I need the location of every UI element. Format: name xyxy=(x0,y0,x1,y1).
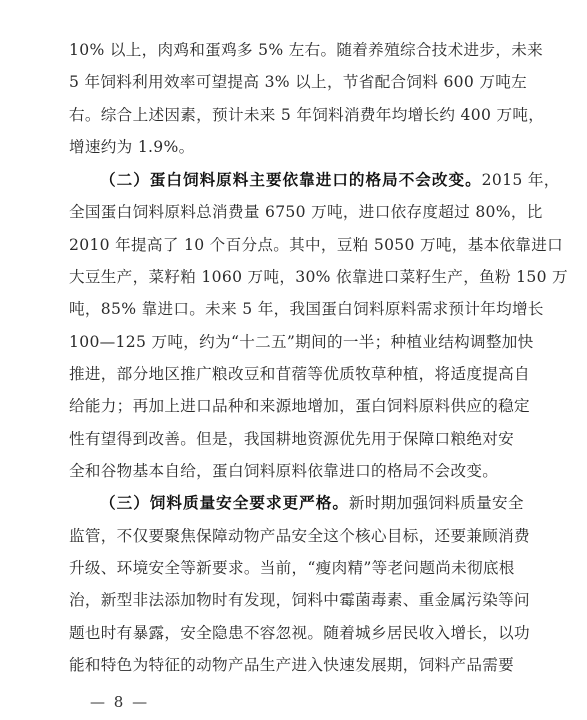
paragraph-line: 给能力；再加上进口品种和来源地增加，蛋白饲料原料供应的稳定 xyxy=(69,395,508,417)
paragraph-line: 全国蛋白饲料原料总消费量 6750 万吨，进口依存度超过 80%，比 xyxy=(69,201,508,223)
paragraph-line: 右。综合上述因素，预计未来 5 年饲料消费年均增长约 400 万吨， xyxy=(69,104,508,126)
paragraph-line: 吨，85% 靠进口。未来 5 年，我国蛋白饲料原料需求预计年均增长 xyxy=(69,298,508,320)
paragraph-line: 100—125 万吨，约为“十二五”期间的一半；种植业结构调整加快 xyxy=(69,331,508,353)
paragraph-text: 新时期加强饲料质量安全 xyxy=(349,494,524,512)
paragraph-line: 大豆生产，菜籽粕 1060 万吨，30% 依靠进口菜籽生产，鱼粉 150 万 xyxy=(69,266,508,288)
section-heading-3: （三）饲料质量安全要求更严格。 xyxy=(100,494,349,512)
page-number: — 8 — xyxy=(90,693,149,711)
paragraph-text: 2015 年， xyxy=(482,171,560,189)
paragraph-line: 题也时有暴露，安全隐患不容忽视。随着城乡居民收入增长，以功 xyxy=(69,622,508,644)
paragraph-line: 5 年饲料利用效率可望提高 3% 以上，节省配合饲料 600 万吨左 xyxy=(69,71,508,93)
paragraph-line: 2010 年提高了 10 个百分点。其中，豆粕 5050 万吨，基本依靠进口 xyxy=(69,234,508,256)
paragraph-line: 10% 以上，肉鸡和蛋鸡多 5% 左右。随着养殖综合技术进步，未来 xyxy=(69,39,508,61)
paragraph-line: 能和特色为特征的动物产品生产进入快速发展期，饲料产品需要 xyxy=(69,654,508,676)
paragraph-line: 治，新型非法添加物时有发现，饲料中霉菌毒素、重金属污染等问 xyxy=(69,589,508,611)
document-page: 10% 以上，肉鸡和蛋鸡多 5% 左右。随着养殖综合技术进步，未来 5 年饲料利… xyxy=(0,0,587,720)
paragraph-line: 升级、环境安全等新要求。当前，“瘦肉精”等老问题尚未彻底根 xyxy=(69,557,508,579)
paragraph-line: 性有望得到改善。但是，我国耕地资源优先用于保障口粮绝对安 xyxy=(69,428,508,450)
paragraph-line: 推进，部分地区推广粮改豆和苜蓿等优质牧草种植，将适度提高自 xyxy=(69,363,508,385)
section-heading-2: （二）蛋白饲料原料主要依靠进口的格局不会改变。 xyxy=(100,171,482,189)
paragraph-line: 增速约为 1.9%。 xyxy=(69,136,508,158)
paragraph-line: 全和谷物基本自给，蛋白饲料原料依靠进口的格局不会改变。 xyxy=(69,460,508,482)
section-heading-line: （二）蛋白饲料原料主要依靠进口的格局不会改变。2015 年， xyxy=(100,169,508,191)
section-heading-line: （三）饲料质量安全要求更严格。新时期加强饲料质量安全 xyxy=(100,492,508,514)
paragraph-line: 监管，不仅要聚焦保障动物产品安全这个核心目标，还要兼顾消费 xyxy=(69,525,508,547)
